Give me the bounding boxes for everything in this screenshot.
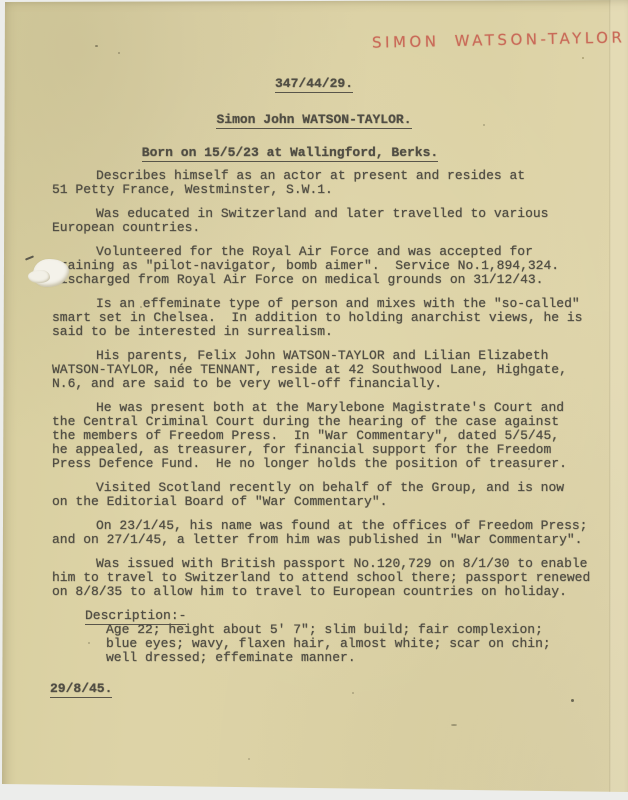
description-line: Age 22; height about 5' 7"; slim build; … [52, 623, 612, 637]
ink-tick-mark [25, 255, 34, 260]
paper-speckle [118, 52, 120, 54]
typed-line: smart set in Chelsea. In addition to hol… [52, 311, 612, 325]
typed-line: the Central Criminal Court during the he… [52, 415, 612, 429]
paper-speckle [300, 252, 302, 254]
paragraph-5: His parents, Felix John WATSON-TAYLOR an… [52, 349, 612, 391]
typed-line: Was educated in Switzerland and later tr… [52, 207, 612, 221]
typed-line: Is an effeminate type of person and mixe… [52, 297, 612, 311]
typed-line: European countries. [52, 221, 612, 235]
typed-line: the members of Freedom Press. In "War Co… [52, 429, 612, 443]
date-text: 29/8/45. [50, 681, 112, 698]
birth-heading: Born on 15/5/23 at Wallingford, Berks. [0, 145, 604, 162]
paragraph-9: Was issued with British passport No.120,… [52, 557, 612, 599]
typed-line: 51 Petty France, Westminster, S.W.1. [52, 183, 612, 197]
typed-line: N.6, and are said to be very well-off fi… [52, 377, 612, 391]
typed-line: on the Editorial Board of "War Commentar… [52, 495, 612, 509]
typed-line: and on 27/1/45, a letter from him was pu… [52, 533, 612, 547]
handwritten-annotation: SIMON WATSON-TAYLOR [372, 28, 628, 51]
paper-speckle [200, 522, 202, 524]
paper-speckle [88, 642, 90, 644]
paper-speckle [451, 724, 457, 726]
description-section: Description:- Age 22; height about 5' 7"… [52, 609, 612, 665]
typed-line: on 8/8/35 to allow him to travel to Euro… [52, 585, 612, 599]
description-line: blue eyes; wavy, flaxen hair, almost whi… [52, 637, 612, 651]
typed-line: said to be interested in surrealism. [52, 325, 612, 339]
paper-speckle [95, 45, 98, 47]
paper-sheet: SIMON WATSON-TAYLOR 347/44/29. Simon Joh… [0, 0, 628, 800]
typed-line: he appealed, as treasurer, for financial… [52, 443, 612, 457]
paper-speckle [582, 57, 584, 59]
paper-speckle [248, 758, 250, 760]
typed-line: His parents, Felix John WATSON-TAYLOR an… [52, 349, 612, 363]
typed-line: Volunteered for the Royal Air Force and … [52, 245, 612, 259]
paragraph-3: Volunteered for the Royal Air Force and … [52, 245, 612, 287]
paragraph-6: He was present both at the Marylebone Ma… [52, 401, 612, 471]
paper-speckle [352, 692, 354, 694]
paper-speckle [528, 468, 530, 470]
typed-line: Discharged from Royal Air Force on medic… [52, 273, 612, 287]
typed-line: Was issued with British passport No.120,… [52, 557, 612, 571]
typed-line: Describes himself as an actor at present… [52, 169, 612, 183]
birth-line: Born on 15/5/23 at Wallingford, Berks. [142, 145, 438, 162]
reference-number: 347/44/29. [275, 76, 353, 93]
typed-line: He was present both at the Marylebone Ma… [52, 401, 612, 415]
typed-line: WATSON-TAYLOR, née TENNANT, reside at 42… [52, 363, 612, 377]
subject-name-heading: Simon John WATSON-TAYLOR. [0, 112, 628, 129]
paper-speckle [140, 306, 142, 308]
description-heading: Description:- [52, 609, 612, 623]
paper-speckle [483, 124, 485, 126]
typed-line: him to travel to Switzerland to attend s… [52, 571, 612, 585]
typed-line: Visited Scotland recently on behalf of t… [52, 481, 612, 495]
scan-background: SIMON WATSON-TAYLOR 347/44/29. Simon Joh… [0, 0, 628, 800]
description-line: well dressed; effeminate manner. [52, 651, 612, 665]
paragraph-7: Visited Scotland recently on behalf of t… [52, 481, 612, 509]
paragraph-8: On 23/1/45, his name was found at the of… [52, 519, 612, 547]
date-stamp: 29/8/45. [50, 681, 112, 698]
paper-damage-blob [28, 270, 50, 283]
document-body: Describes himself as an actor at present… [52, 169, 612, 675]
typed-line: training as "pilot-navigator, bomb aimer… [52, 259, 612, 273]
paragraph-2: Was educated in Switzerland and later tr… [52, 207, 612, 235]
paragraph-1: Describes himself as an actor at present… [52, 169, 612, 197]
paper-speckle [571, 699, 574, 702]
typed-line: On 23/1/45, his name was found at the of… [52, 519, 612, 533]
paragraph-4: Is an effeminate type of person and mixe… [52, 297, 612, 339]
reference-heading: 347/44/29. [0, 76, 628, 93]
subject-name: Simon John WATSON-TAYLOR. [216, 112, 411, 129]
